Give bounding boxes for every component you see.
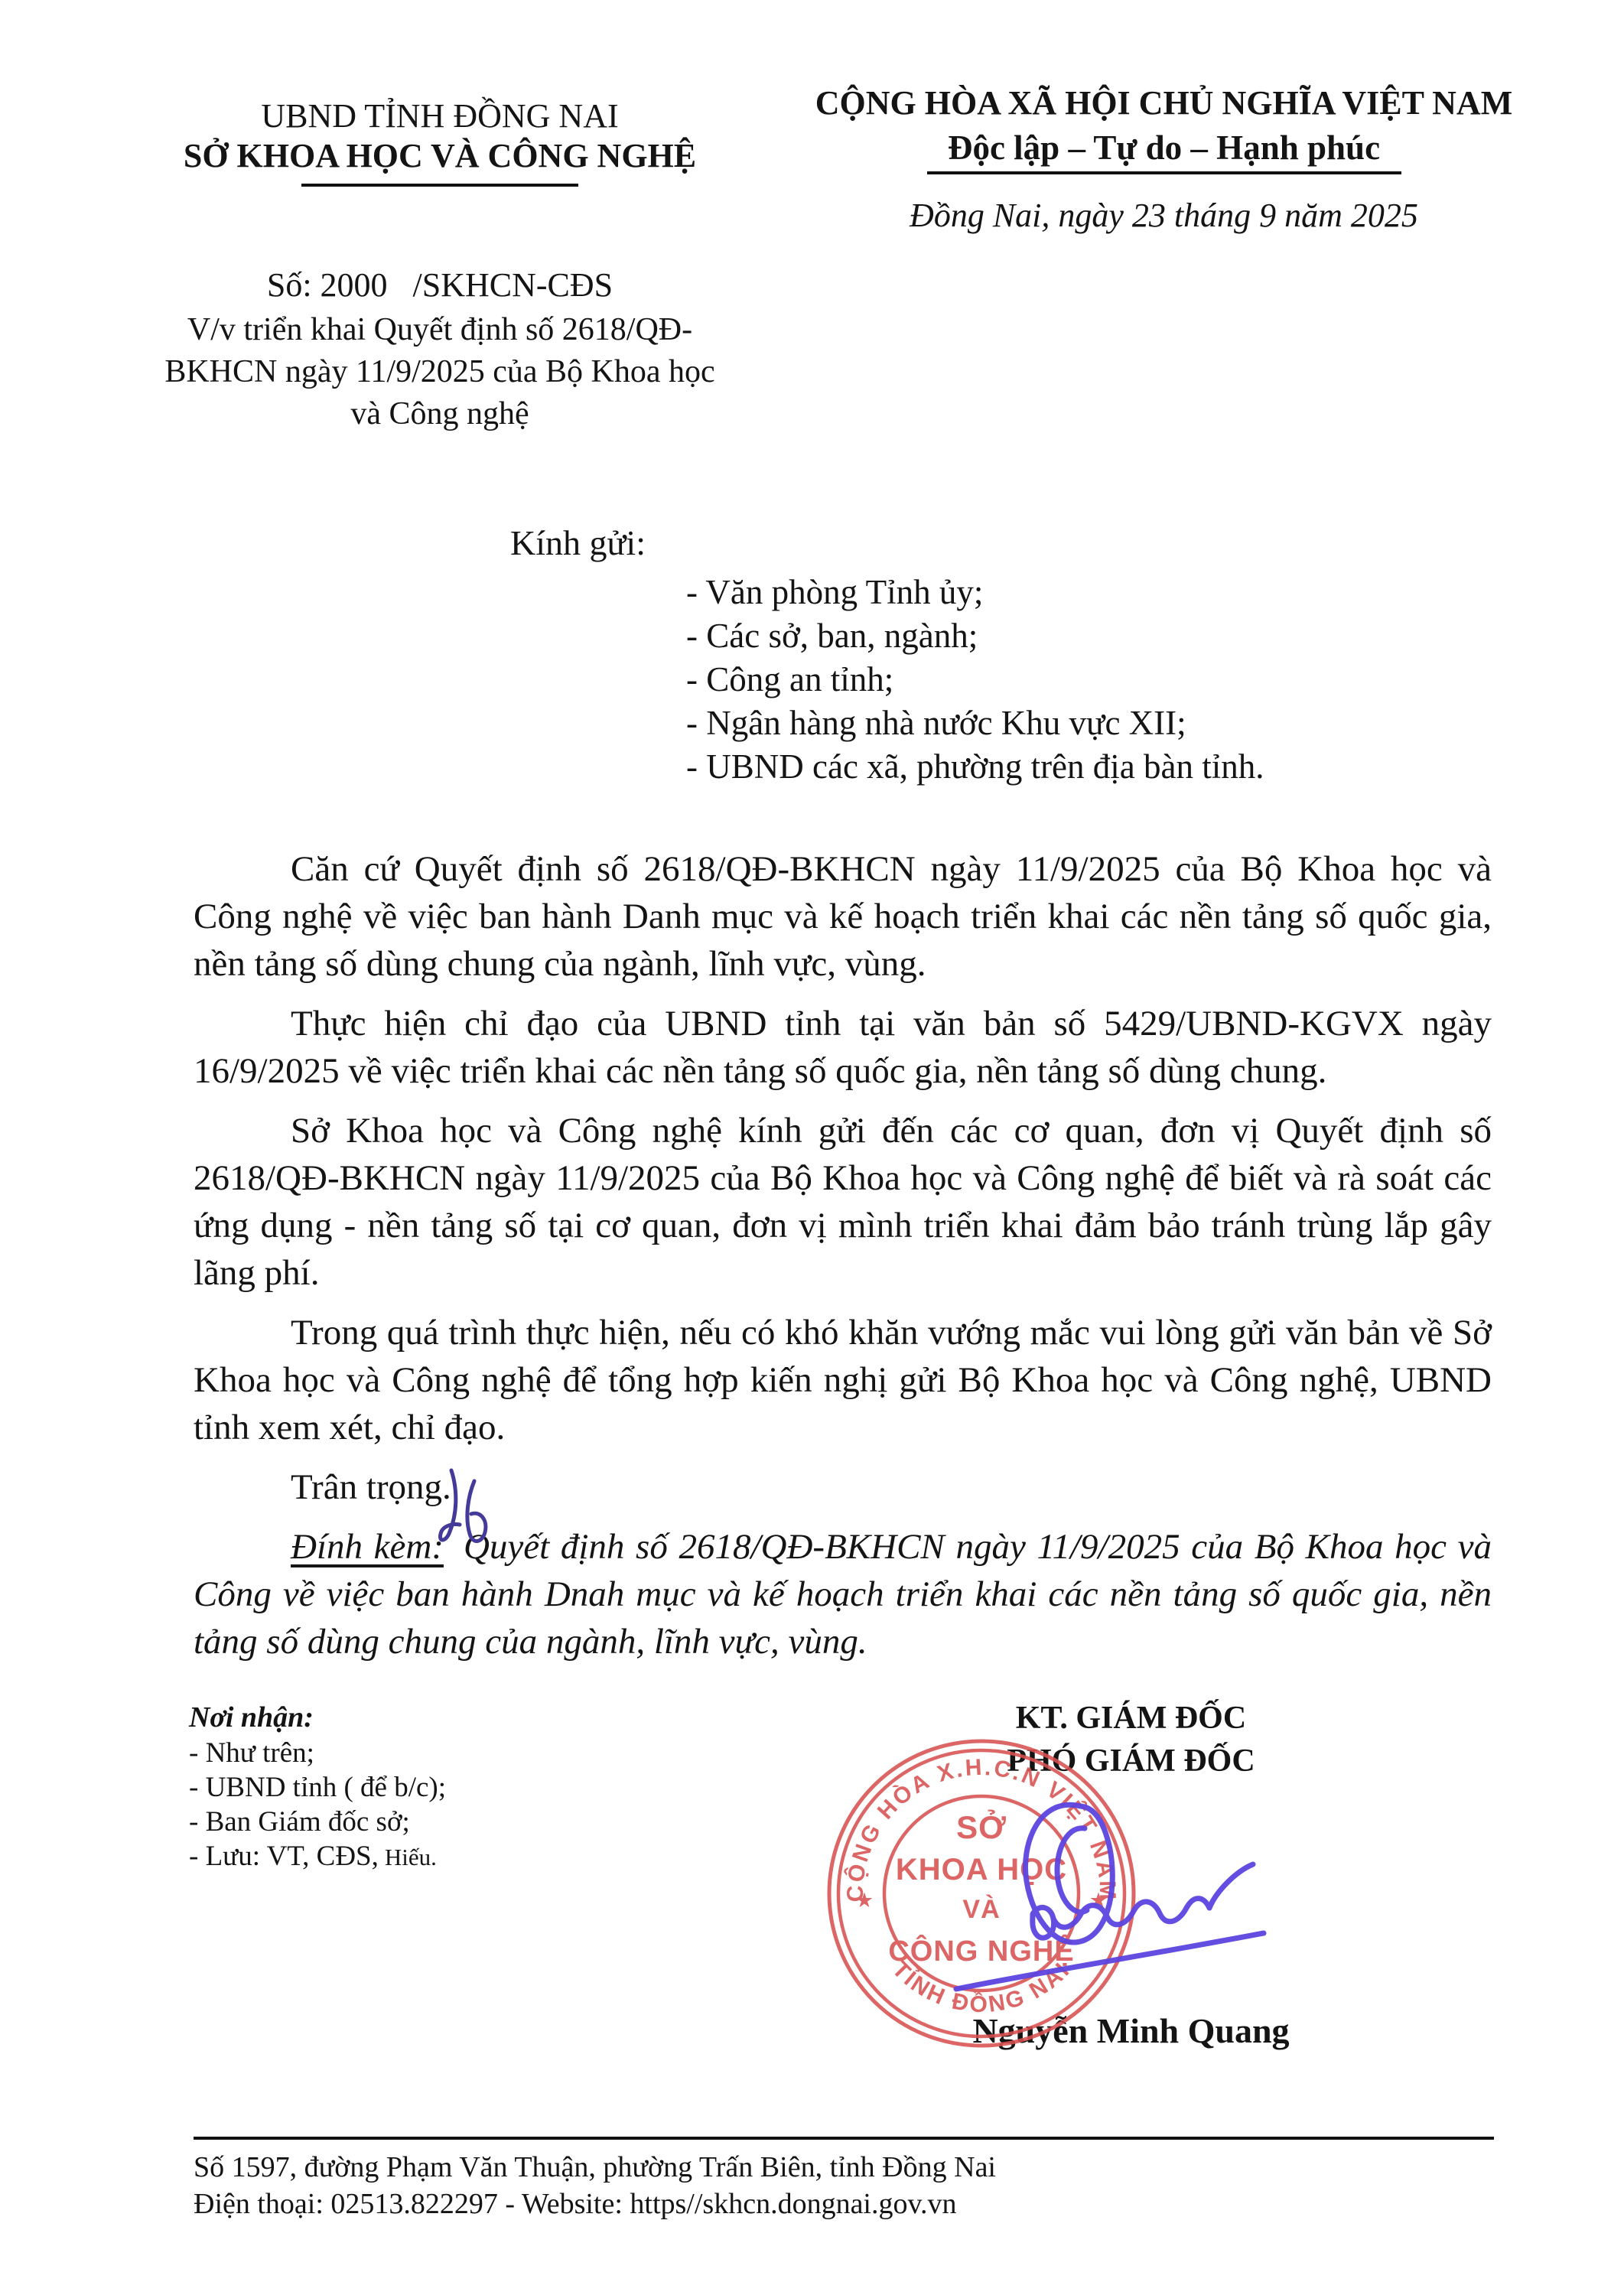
document-number: Số: 2000 /SKHCN-CĐS xyxy=(115,266,765,304)
attachment-note: Đính kèm:Quyết định số 2618/QĐ-BKHCN ngà… xyxy=(194,1523,1492,1665)
org-parent: UBND TỈNH ĐỒNG NAI xyxy=(115,96,765,136)
copies-item: - Ban Giám đốc sở; xyxy=(189,1805,556,1839)
motto-underline xyxy=(927,171,1401,174)
official-letter-page: UBND TỈNH ĐỒNG NAI SỞ KHOA HỌC VÀ CÔNG N… xyxy=(0,0,1624,2295)
signer-title: PHÓ GIÁM ĐỐC xyxy=(770,1742,1492,1780)
copies-item: - Như trên; xyxy=(189,1736,556,1770)
recipient-item: - UBND các xã, phường trên địa bàn tỉnh. xyxy=(686,745,1492,789)
copies-title: Nơi nhận: xyxy=(189,1699,556,1736)
footer-address: Số 1597, đường Phạm Văn Thuận, phường Tr… xyxy=(194,2149,1494,2186)
closing-regards: Trân trọng. xyxy=(194,1463,1492,1511)
salutation-block: Kính gửi: - Văn phòng Tỉnh ủy; - Các sở,… xyxy=(510,522,1492,789)
signer-authority: KT. GIÁM ĐỐC xyxy=(770,1699,1492,1737)
body-paragraph: Căn cứ Quyết định số 2618/QĐ-BKHCN ngày … xyxy=(194,845,1492,988)
recipient-item: - Văn phòng Tỉnh ủy; xyxy=(686,571,1492,614)
org-underline xyxy=(301,184,578,187)
letter-body: Căn cứ Quyết định số 2618/QĐ-BKHCN ngày … xyxy=(194,845,1492,1665)
national-name: CỘNG HÒA XÃ HỘI CHỦ NGHĨA VIỆT NAM xyxy=(765,83,1563,124)
place-dateline: Đồng Nai, ngày 23 tháng 9 năm 2025 xyxy=(765,196,1563,236)
salutation-label: Kính gửi: xyxy=(510,522,1492,565)
page-footer: Số 1597, đường Phạm Văn Thuận, phường Tr… xyxy=(194,2137,1494,2222)
issuing-org-block: UBND TỈNH ĐỒNG NAI SỞ KHOA HỌC VÀ CÔNG N… xyxy=(115,96,765,435)
attachment-label: Đính kèm: xyxy=(291,1527,464,1567)
recipient-item: - Các sở, ban, ngành; xyxy=(686,614,1492,658)
org-name: SỞ KHOA HỌC VÀ CÔNG NGHỆ xyxy=(115,136,765,176)
body-paragraph: Trong quá trình thực hiện, nếu có khó kh… xyxy=(194,1309,1492,1451)
body-paragraph: Sở Khoa học và Công nghệ kính gửi đến cá… xyxy=(194,1107,1492,1297)
copies-luu-prefix: - Lưu: VT, CĐS, xyxy=(189,1841,379,1872)
body-paragraph: Thực hiện chỉ đạo của UBND tỉnh tại văn … xyxy=(194,1000,1492,1095)
copies-block: Nơi nhận: - Như trên; - UBND tỉnh ( để b… xyxy=(189,1699,556,2052)
recipient-item: - Ngân hàng nhà nước Khu vực XII; xyxy=(686,702,1492,745)
copies-item: - UBND tỉnh ( để b/c); xyxy=(189,1770,556,1805)
footer-contact: Điện thoại: 02513.822297 - Website: http… xyxy=(194,2186,1494,2222)
letterhead: UBND TỈNH ĐỒNG NAI SỞ KHOA HỌC VÀ CÔNG N… xyxy=(0,0,1624,435)
signing-section: Nơi nhận: - Như trên; - UBND tỉnh ( để b… xyxy=(189,1699,1492,2052)
signer-name: Nguyễn Minh Quang xyxy=(770,2010,1492,2052)
document-subject: V/v triển khai Quyết định số 2618/QĐ-BKH… xyxy=(164,309,715,435)
stamp-space xyxy=(770,1780,1492,2010)
signature-block: KT. GIÁM ĐỐC PHÓ GIÁM ĐỐC Nguyễn Minh Qu… xyxy=(556,1699,1492,2052)
copies-luu-clerk: Hiếu. xyxy=(385,1844,437,1870)
recipient-item: - Công an tỉnh; xyxy=(686,658,1492,702)
recipient-list: - Văn phòng Tỉnh ủy; - Các sở, ban, ngàn… xyxy=(686,571,1492,789)
national-motto: Độc lập – Tự do – Hạnh phúc xyxy=(765,129,1563,167)
national-header-block: CỘNG HÒA XÃ HỘI CHỦ NGHĨA VIỆT NAM Độc l… xyxy=(765,83,1563,435)
copies-item-luu: - Lưu: VT, CĐS,Hiếu. xyxy=(189,1839,556,1874)
